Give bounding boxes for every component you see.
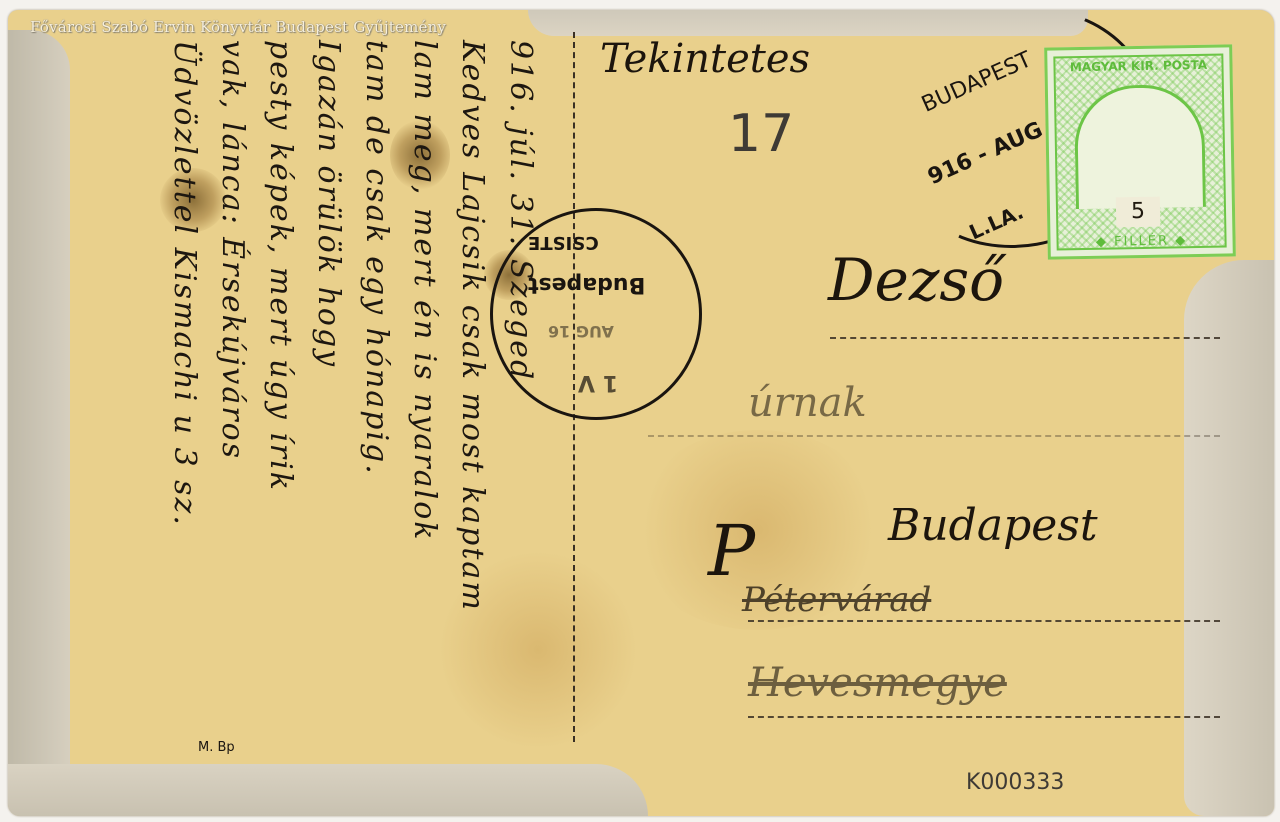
message-line: Kedves Lajcsik csak most kaptam (455, 40, 490, 612)
torn-edge-left (8, 30, 70, 816)
address-street-crossed: Hevesmegye (748, 660, 1007, 706)
address-line2: úrnak (748, 380, 867, 426)
message-line: Igazán örülök hogy (311, 40, 346, 368)
address-city-new: Budapest (888, 500, 1098, 551)
postcard: 916. júl. 31. Szeged Kedves Lajcsik csak… (8, 10, 1274, 816)
arrival-postmark-line1: CSISTE (528, 232, 599, 253)
message-line: lam meg, mert én is nyaralok (407, 40, 442, 541)
address-line-3 (748, 620, 1220, 622)
address-line-1 (830, 337, 1220, 339)
arrival-postmark-line3: AUG 16 (548, 322, 614, 341)
message-line: Üdvözlettel Kismachi u 3 sz. (167, 40, 202, 527)
printer-mark: M. Bp (198, 740, 235, 755)
stamp-unit: ◆ FILLÉR ◆ (1062, 233, 1220, 251)
address-name: Dezső (828, 246, 1004, 314)
handwritten-message: 916. júl. 31. Szeged Kedves Lajcsik csak… (78, 40, 558, 780)
address-line-2 (648, 435, 1220, 437)
inventory-number: K000333 (966, 770, 1064, 795)
collection-watermark: Fővárosi Szabó Ervin Könyvtár Budapest G… (30, 18, 446, 36)
arrival-postmark-line2: Budapest (528, 272, 645, 297)
message-line: pesty képek, mert úgy írik (263, 40, 298, 492)
stamp-country-text: MAGYAR KIR. POSTA (1063, 58, 1213, 75)
torn-edge-right (1184, 260, 1274, 816)
stamp-turul-arch (1074, 84, 1206, 209)
message-line: tam de csak egy hónapig. (359, 40, 394, 476)
message-line: vak, lánca: Érsekújváros (215, 40, 250, 460)
arrival-postmark-line4: 1 V (578, 370, 618, 395)
address-city-crossed: Pétervárad (742, 580, 931, 620)
address-salutation: Tekintetes (600, 36, 810, 82)
address-line-4 (748, 716, 1220, 718)
postage-stamp: MAGYAR KIR. POSTA 5 ◆ FILLÉR ◆ (1044, 44, 1236, 259)
stamp-value: 5 (1116, 197, 1161, 228)
pencil-number: 17 (728, 104, 794, 164)
